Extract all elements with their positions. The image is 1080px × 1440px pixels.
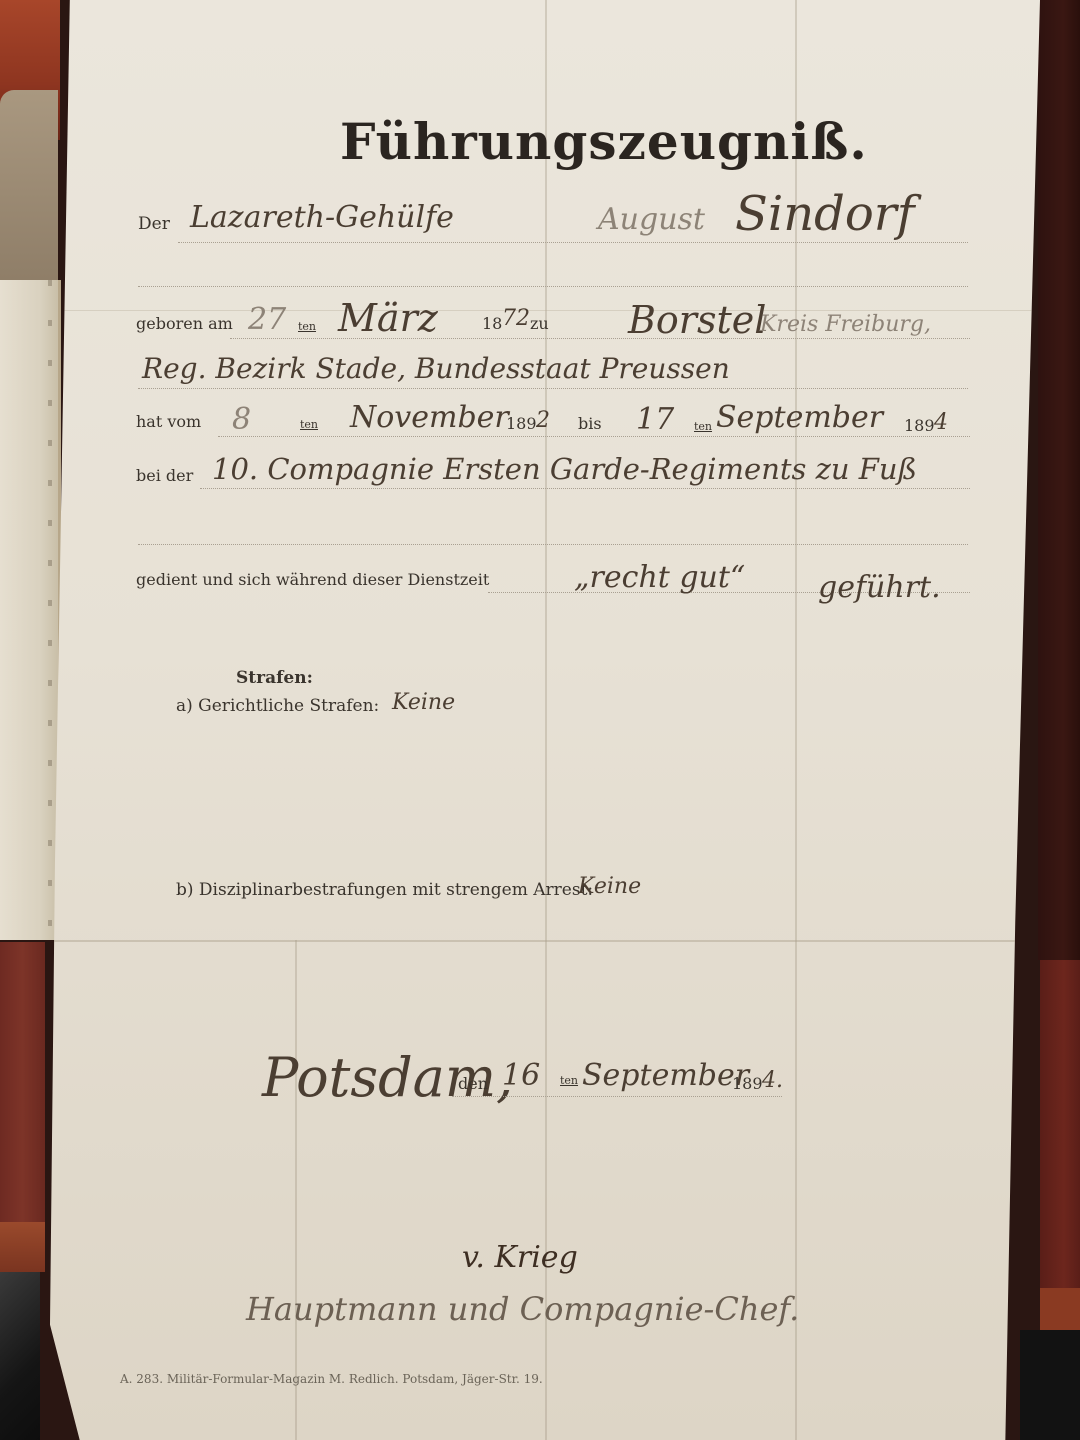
rank-handwritten: Lazareth-Gehülfe — [190, 200, 454, 235]
unit-value: 10. Compagnie Ersten Garde-Regiments zu … — [212, 452, 917, 486]
fill-line — [138, 286, 968, 287]
fill-line — [218, 436, 970, 437]
year-prefix: 189 — [506, 414, 537, 433]
fill-line — [138, 544, 968, 545]
conduct-closing: geführt. — [818, 570, 941, 605]
year-prefix: 189 — [732, 1074, 763, 1093]
to-day: 17 — [636, 402, 674, 437]
disciplinary-penalties-label: b) Disziplinarbestrafungen mit strengem … — [176, 880, 593, 900]
year-prefix: 18 — [482, 314, 502, 333]
birth-district: Kreis Freiburg, — [760, 312, 931, 337]
from-month: November — [350, 400, 509, 435]
document-title: Führungszeugniß. — [340, 112, 800, 171]
label-until: bis — [578, 414, 602, 433]
fill-line — [178, 242, 968, 243]
birth-day: 27 — [248, 302, 286, 337]
label-unit: bei der — [136, 466, 193, 485]
ordinal-suffix: ten — [694, 420, 712, 433]
first-name-handwritten: August — [598, 202, 705, 237]
judicial-penalties-label: a) Gerichtliche Strafen: — [176, 696, 379, 716]
conduct-rating: „recht gut“ — [574, 560, 745, 595]
signature: v. Krieg — [462, 1240, 578, 1275]
fill-line — [200, 488, 970, 489]
issue-month: September — [582, 1058, 749, 1093]
disciplinary-penalties-value: Keine — [578, 874, 641, 899]
ordinal-suffix: ten — [560, 1074, 578, 1087]
penalties-heading: Strafen: — [236, 668, 313, 688]
signatory-title: Hauptmann und Compagnie-Chef. — [246, 1290, 799, 1328]
label-at: zu — [530, 314, 549, 333]
to-year-suffix: 4 — [934, 410, 948, 435]
label-born-on: geboren am — [136, 314, 233, 333]
birth-place: Borstel — [628, 298, 766, 342]
birth-month: März — [338, 296, 438, 340]
judicial-penalties-value: Keine — [392, 690, 455, 715]
certificate-content: Führungszeugniß. Der Lazareth-Gehülfe Au… — [0, 0, 1080, 1440]
birth-region: Reg. Bezirk Stade, Bundesstaat Preussen — [142, 352, 730, 385]
label-from: hat vom — [136, 412, 201, 431]
from-day: 8 — [232, 402, 251, 437]
printer-imprint: A. 283. Militär-Formular-Magazin M. Redl… — [120, 1372, 543, 1386]
birth-year-suffix: 72 — [502, 306, 530, 331]
label-den: den — [458, 1074, 488, 1093]
issue-day: 16 — [502, 1058, 540, 1093]
surname-handwritten: Sindorf — [735, 186, 914, 242]
fill-line — [138, 388, 968, 389]
ordinal-suffix: ten — [298, 320, 316, 333]
year-prefix: 189 — [904, 416, 935, 435]
ordinal-suffix: ten — [300, 418, 318, 431]
label-conduct: gedient und sich während dieser Dienstze… — [136, 570, 489, 589]
to-month: September — [716, 400, 883, 435]
from-year-suffix: 2 — [536, 408, 550, 433]
issue-year-suffix: 4. — [762, 1068, 783, 1093]
fill-line — [452, 1096, 782, 1097]
label-der: Der — [138, 214, 170, 234]
